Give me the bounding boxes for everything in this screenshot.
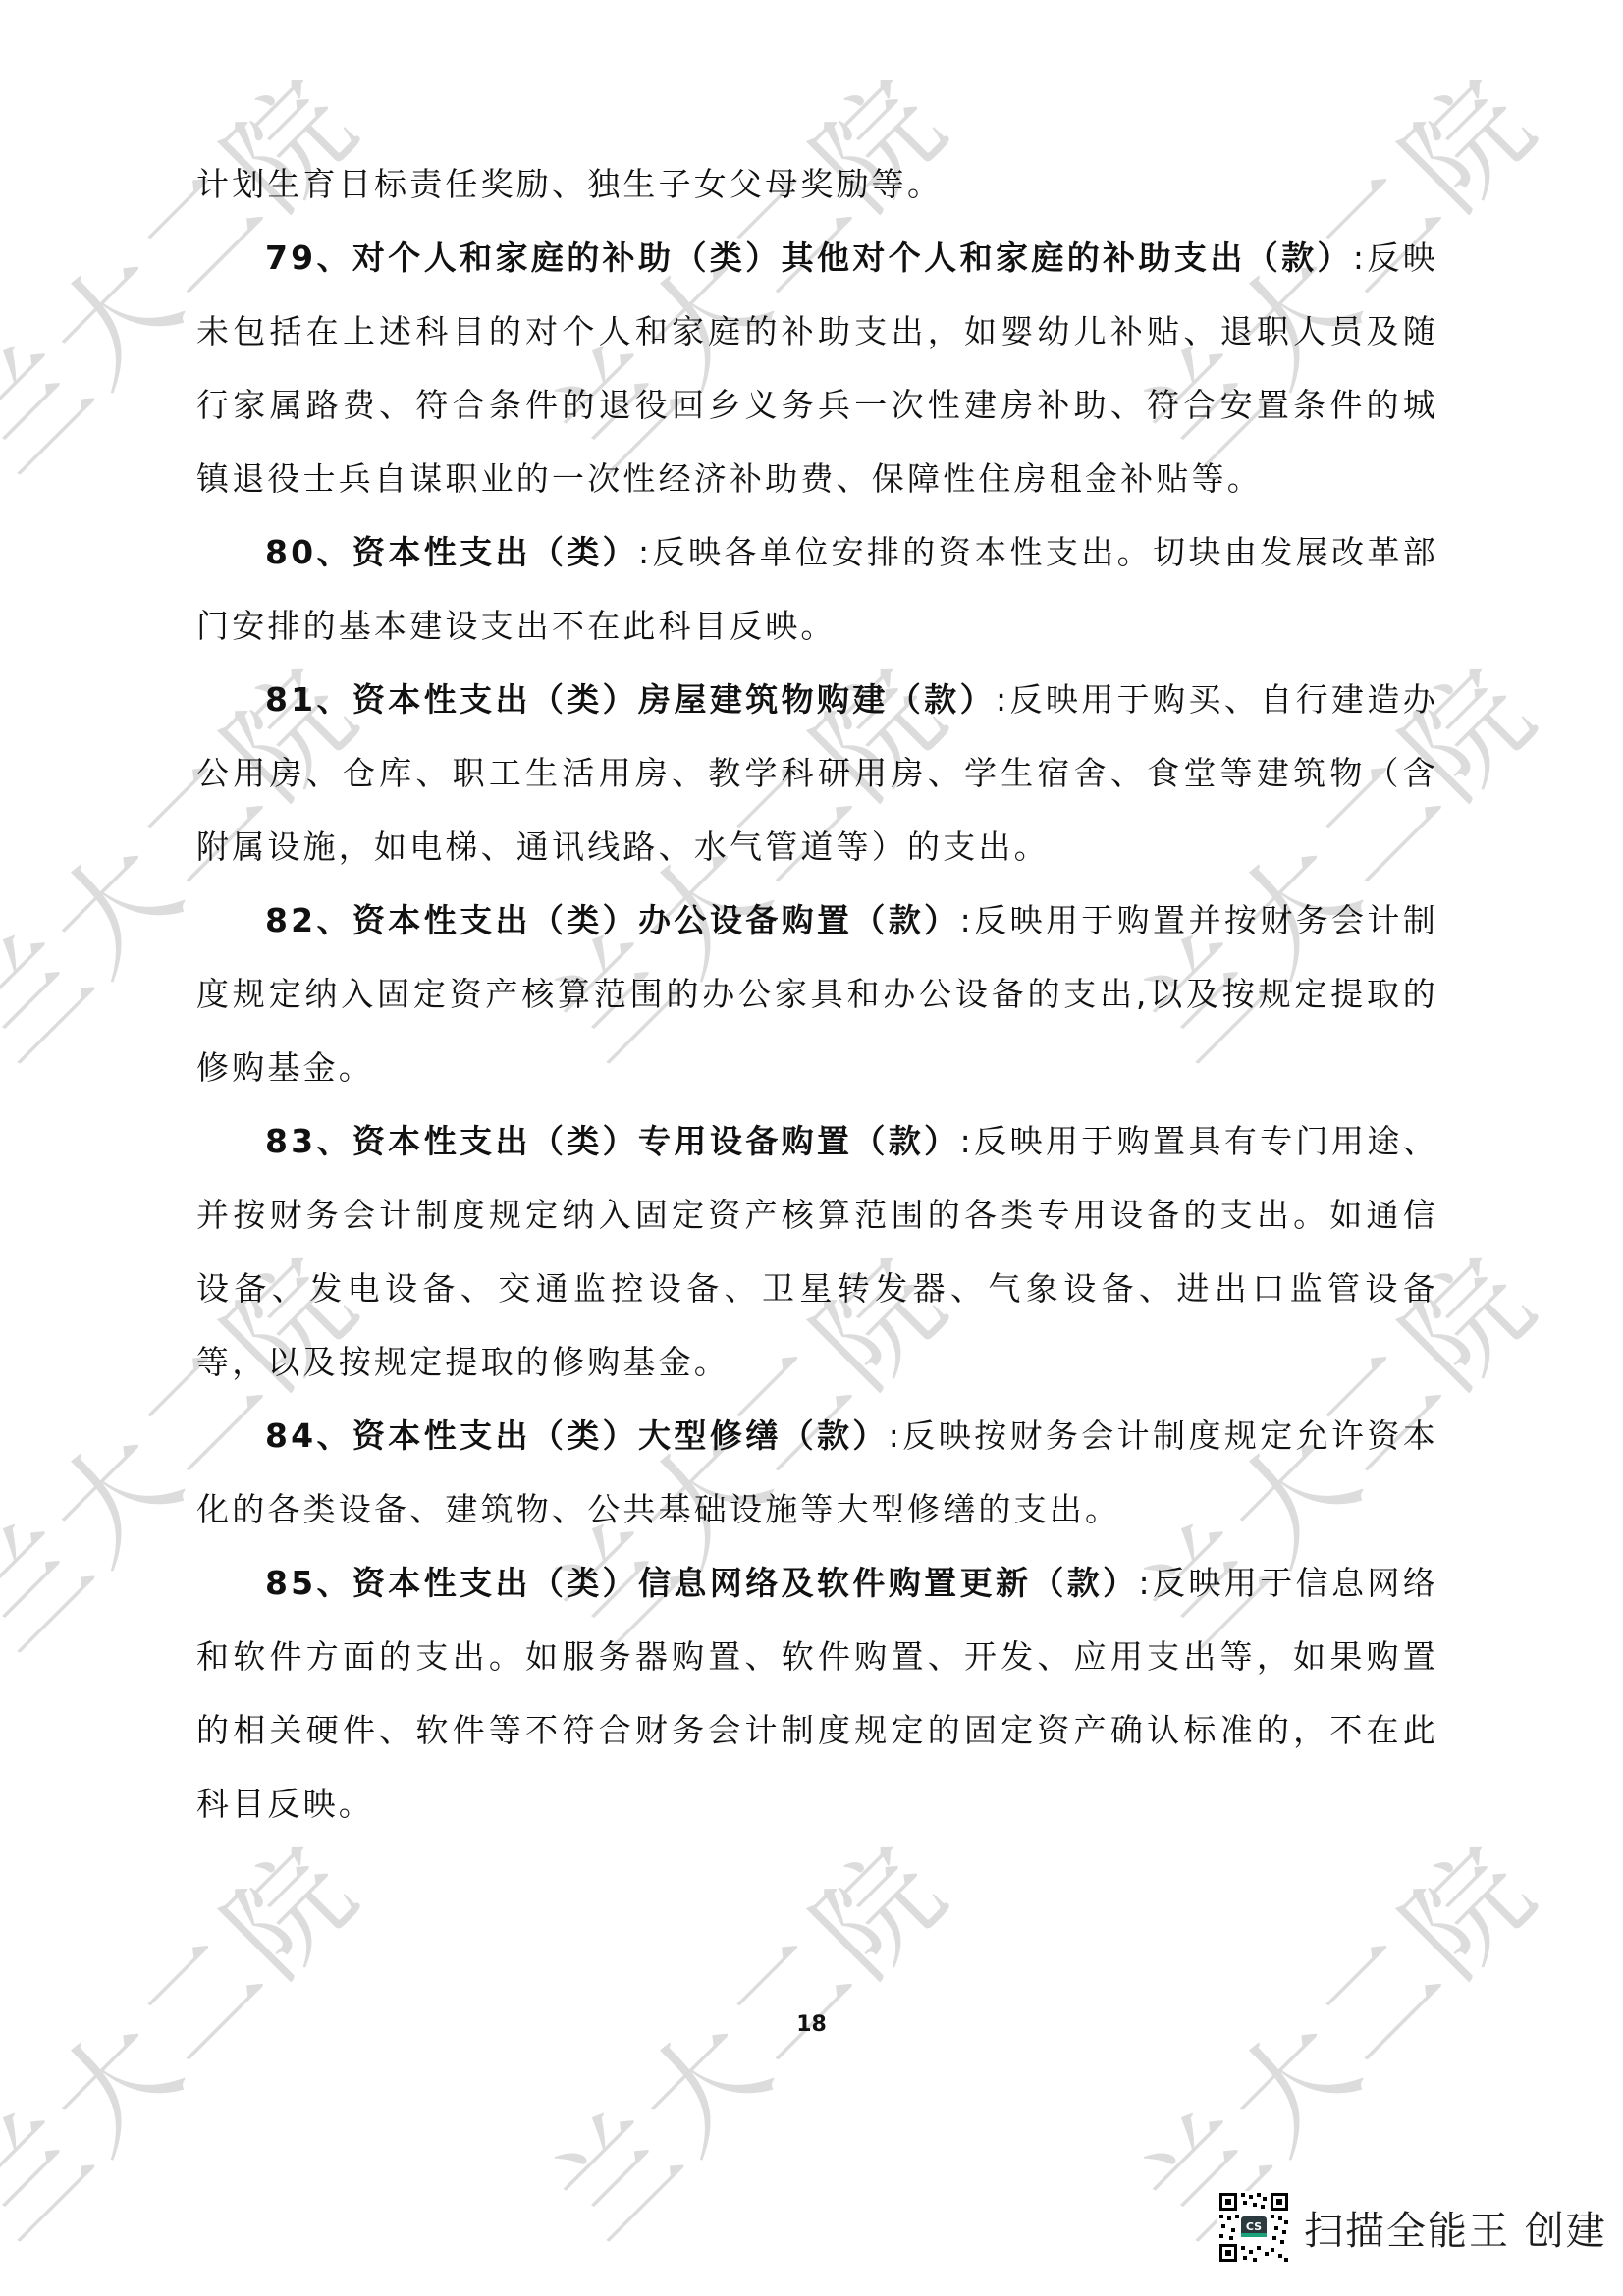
svg-text:CS: CS (1246, 2220, 1262, 2233)
paragraph-heading: 84、资本性支出（类）大型修缮（款） (265, 1416, 889, 1455)
paragraph-body: 计划生育目标责任奖励、独生子女父母奖励等。 (196, 165, 943, 203)
paragraph-heading: 79、对个人和家庭的补助（类）其他对个人和家庭的补助支出（款） (265, 239, 1353, 277)
paragraph-item-84: 84、资本性支出（类）大型修缮（款）:反映按财务会计制度规定允许资本化的各类设备… (196, 1399, 1438, 1546)
paragraph-body: :反映用于信息网络和软件方面的支出。如服务器购置、软件购置、开发、应用支出等，如… (196, 1564, 1438, 1823)
paragraph-item-80: 80、资本性支出（类）:反映各单位安排的资本性支出。切块由发展改革部门安排的基本… (196, 515, 1438, 663)
paragraph-item-81: 81、资本性支出（类）房屋建筑物购建（款）:反映用于购买、自行建造办公用房、仓库… (196, 663, 1438, 883)
scanner-label: 扫描全能王 创建 (1304, 2200, 1607, 2256)
scanner-badge: CS 扫描全能王 创建 (1217, 2191, 1607, 2264)
paragraph-body: :反映未包括在上述科目的对个人和家庭的补助支出，如婴幼儿补贴、退职人员及随行家属… (196, 239, 1438, 498)
paragraph-heading: 80、资本性支出（类） (265, 533, 638, 571)
paragraph-item-85: 85、资本性支出（类）信息网络及软件购置更新（款）:反映用于信息网络和软件方面的… (196, 1546, 1438, 1841)
paragraph-heading: 81、资本性支出（类）房屋建筑物购建（款） (265, 680, 996, 719)
qr-code-icon: CS (1217, 2191, 1290, 2264)
page-number: 18 (0, 2012, 1623, 2037)
paragraph-item-82: 82、资本性支出（类）办公设备购置（款）:反映用于购置并按财务会计制度规定纳入固… (196, 883, 1438, 1104)
paragraph-body: :反映用于购置具有专门用途、并按财务会计制度规定纳入固定资产核算范围的各类专用设… (196, 1122, 1438, 1381)
paragraph-item-83: 83、资本性支出（类）专用设备购置（款）:反映用于购置具有专门用途、并按财务会计… (196, 1104, 1438, 1399)
paragraph-item-79: 79、对个人和家庭的补助（类）其他对个人和家庭的补助支出（款）:反映未包括在上述… (196, 221, 1438, 515)
paragraph-heading: 85、资本性支出（类）信息网络及软件购置更新（款） (265, 1564, 1139, 1602)
paragraph-heading: 83、资本性支出（类）专用设备购置（款） (265, 1122, 960, 1160)
paragraph-continuation: 计划生育目标责任奖励、独生子女父母奖励等。 (196, 147, 1438, 221)
paragraph-heading: 82、资本性支出（类）办公设备购置（款） (265, 901, 960, 939)
document-page: 计划生育目标责任奖励、独生子女父母奖励等。 79、对个人和家庭的补助（类）其他对… (196, 147, 1438, 1841)
